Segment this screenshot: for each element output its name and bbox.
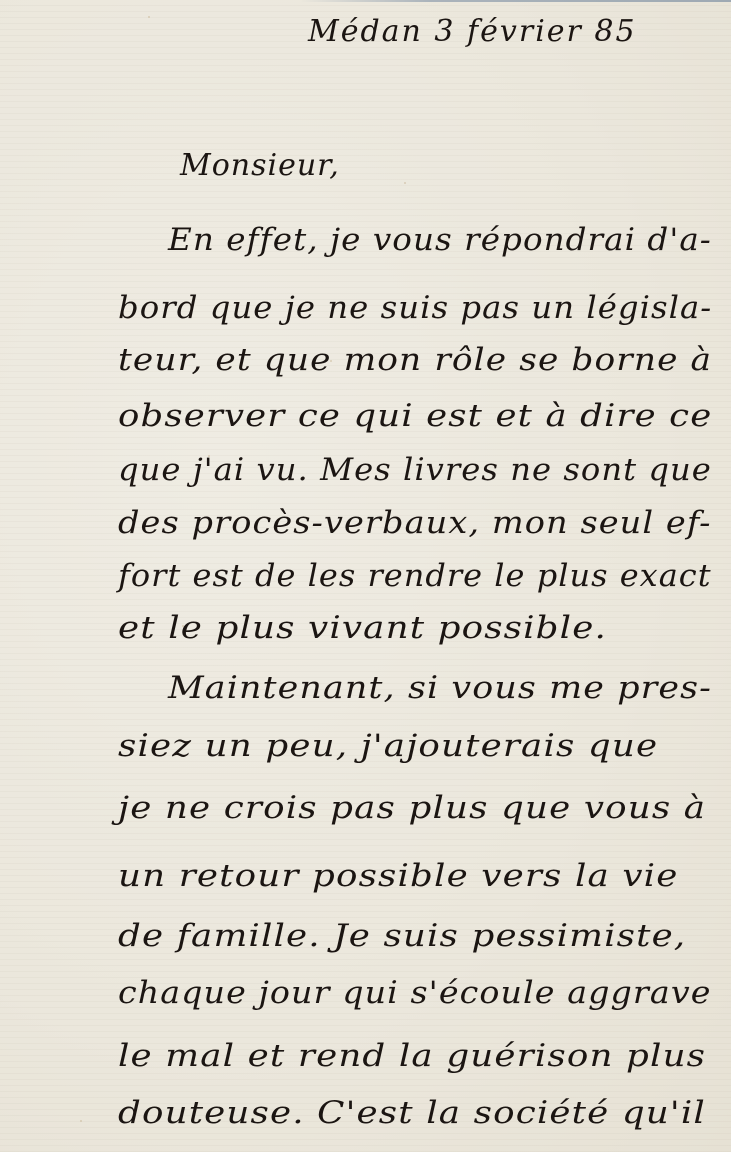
letter-line: bord que je ne suis pas un législa- (118, 290, 712, 326)
letter-line: des procès-verbaux, mon seul ef- (118, 505, 712, 541)
letter-line: siez un peu, j'ajouterais que (118, 728, 658, 764)
letter-line: et le plus vivant possible. (118, 610, 607, 646)
letter-line: fort est de les rendre le plus exact (118, 558, 712, 594)
paper-speck (80, 1120, 82, 1122)
letter-dateline: Médan 3 février 85 (308, 14, 637, 49)
letter-line: douteuse. C'est la société qu'il (118, 1095, 706, 1131)
letter-line: que j'ai vu. Mes livres ne sont que (118, 452, 712, 488)
letter-line: chaque jour qui s'écoule aggrave (118, 975, 711, 1011)
letter-line: observer ce qui est et à dire ce (118, 398, 712, 434)
letter-line: un retour possible vers la vie (118, 858, 678, 894)
paper-speck (148, 16, 150, 18)
scan-background-edge (300, 0, 731, 2)
letter-line: teur, et que mon rôle se borne à (118, 342, 712, 378)
letter-line: je ne crois pas plus que vous à (118, 790, 706, 826)
paper-speck (404, 182, 406, 184)
letter-salutation: Monsieur, (180, 148, 340, 183)
letter-line: En effet, je vous répondrai d'a- (168, 222, 712, 258)
letter-page: Médan 3 février 85 Monsieur, En effet, j… (0, 0, 731, 1152)
letter-line: de famille. Je suis pessimiste, (118, 918, 686, 954)
letter-line: Maintenant, si vous me pres- (168, 670, 712, 706)
letter-line: le mal et rend la guérison plus (118, 1038, 706, 1074)
